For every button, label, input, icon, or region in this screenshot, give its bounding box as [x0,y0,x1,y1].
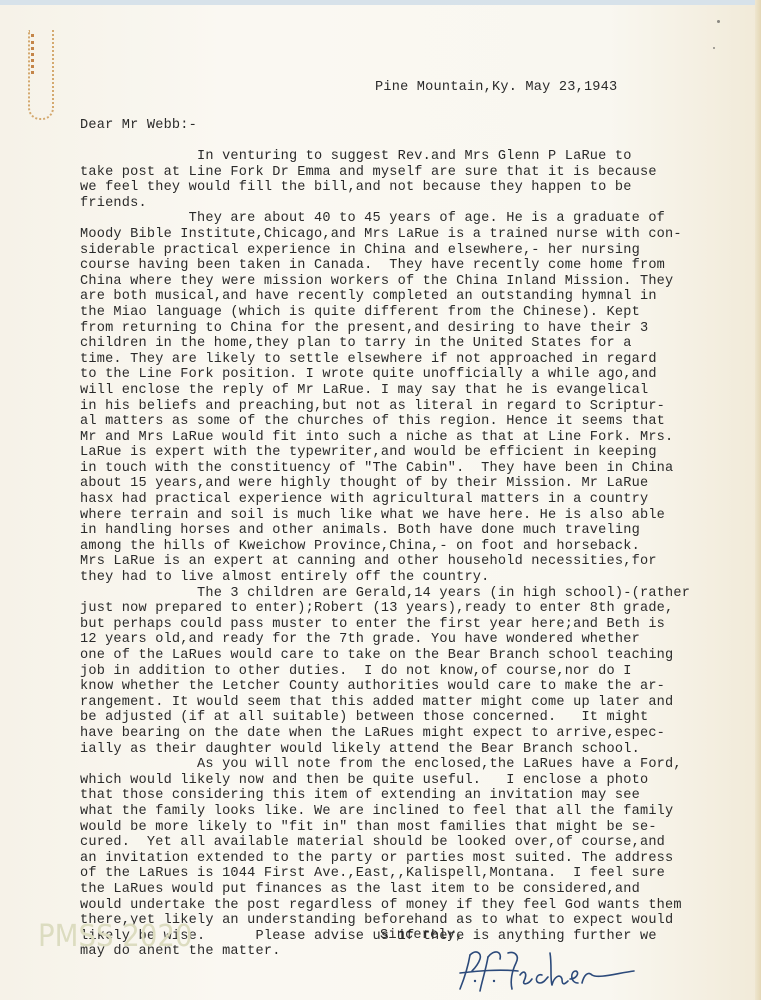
body-line: ially as their daughter would likely att… [80,742,690,758]
body-line: in touch with the constituency of "The C… [80,461,690,477]
watermark: PMSS 2020 [38,919,193,954]
body-line: take post at Line Fork Dr Emma and mysel… [80,165,690,181]
body-line: the Miao language (which is quite differ… [80,305,690,321]
closing: Sincerely, [380,928,464,944]
body-line: have bearing on the date when the LaRues… [80,726,690,742]
body-line: In venturing to suggest Rev.and Mrs Glen… [80,149,690,165]
body-line: that those considering this item of exte… [80,788,690,804]
body-line: where terrain and soil is much like what… [80,508,690,524]
body-line: from returning to China for the present,… [80,321,690,337]
body-line: course having been taken in Canada. They… [80,258,690,274]
body-line: time. They are likely to settle elsewher… [80,352,690,368]
body-line: to the Line Fork position. I wrote quite… [80,367,690,383]
body-line: they had to live almost entirely off the… [80,570,690,586]
body-line: cured. Yet all available material should… [80,835,690,851]
body-line: one of the LaRues would care to take on … [80,648,690,664]
body-line: children in the home,they plan to tarry … [80,336,690,352]
letter-page: Pine Mountain,Ky. May 23,1943 Dear Mr We… [0,0,761,1000]
body-line: will enclose the reply of Mr LaRue. I ma… [80,383,690,399]
body-line: al matters as some of the churches of th… [80,414,690,430]
paper-right-edge [755,0,761,1000]
body-line: friends. [80,196,690,212]
body-line: The 3 children are Gerald,14 years (in h… [80,586,690,602]
body-line: in handling horses and other animals. Bo… [80,523,690,539]
body-line: As you will note from the enclosed,the L… [80,757,690,773]
signature [458,945,638,993]
body-line: an invitation extended to the party or p… [80,851,690,867]
letter-body: In venturing to suggest Rev.and Mrs Glen… [80,149,690,960]
body-line: the LaRues would put finances as the las… [80,882,690,898]
body-line: Mr and Mrs LaRue would fit into such a n… [80,430,690,446]
body-line: rangement. It would seem that this added… [80,695,690,711]
body-line: in his beliefs and preaching,but not as … [80,399,690,415]
body-line: Moody Bible Institute,Chicago,and Mrs La… [80,227,690,243]
body-line: are both musical,and have recently compl… [80,289,690,305]
signature-icon [458,945,638,993]
body-line: Mrs LaRue is an expert at canning and ot… [80,554,690,570]
body-line: among the hills of Kweichow Province,Chi… [80,539,690,555]
body-line: but perhaps could pass muster to enter t… [80,617,690,633]
body-line: be adjusted (if at all suitable) between… [80,710,690,726]
body-line: about 15 years,and were highly thought o… [80,476,690,492]
body-line: job in addition to other duties. I do no… [80,664,690,680]
body-line: of the LaRues is 1044 First Ave.,East,,K… [80,866,690,882]
body-line: would be more likely to "fit in" than mo… [80,820,690,836]
salutation: Dear Mr Webb:- [80,118,197,134]
body-line: 12 years old,and ready for the 7th grade… [80,632,690,648]
body-line: just now prepared to enter);Robert (13 y… [80,601,690,617]
body-line: what the family looks like. We are incli… [80,804,690,820]
body-line: would undertake the post regardless of m… [80,898,690,914]
body-line: China where they were mission workers of… [80,274,690,290]
body-line: siderable practical experience in China … [80,243,690,259]
rust-stain-mark-inner [31,34,38,74]
body-line: know whether the Letcher County authorit… [80,679,690,695]
body-line: They are about 40 to 45 years of age. He… [80,211,690,227]
body-line: LaRue is expert with the typewriter,and … [80,445,690,461]
body-line: we feel they would fill the bill,and not… [80,180,690,196]
dateline: Pine Mountain,Ky. May 23,1943 [375,80,617,96]
body-line: hasx had practical experience with agric… [80,492,690,508]
ink-speck [717,20,720,23]
body-line: which would likely now and then be quite… [80,773,690,789]
ink-speck [713,47,715,49]
scan-top-edge [0,0,761,5]
